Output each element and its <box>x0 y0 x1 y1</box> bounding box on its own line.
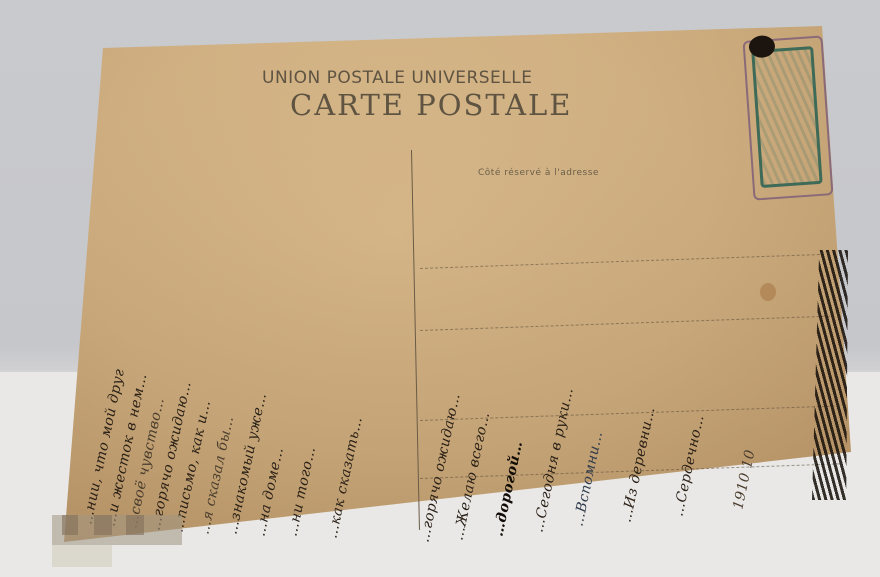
pixelated-watermark <box>52 515 182 567</box>
postcard: UNION POSTALE UNIVERSELLE CARTE POSTALE … <box>0 0 880 577</box>
stamp-box <box>743 35 834 200</box>
union-postale-header: UNION POSTALE UNIVERSELLE <box>262 68 532 88</box>
address-side-label: Côté réservé à l'adresse <box>478 168 599 178</box>
carte-postale-title: CARTE POSTALE <box>290 88 572 122</box>
paper-stain <box>760 283 776 301</box>
stamp-inner-frame <box>751 46 822 188</box>
